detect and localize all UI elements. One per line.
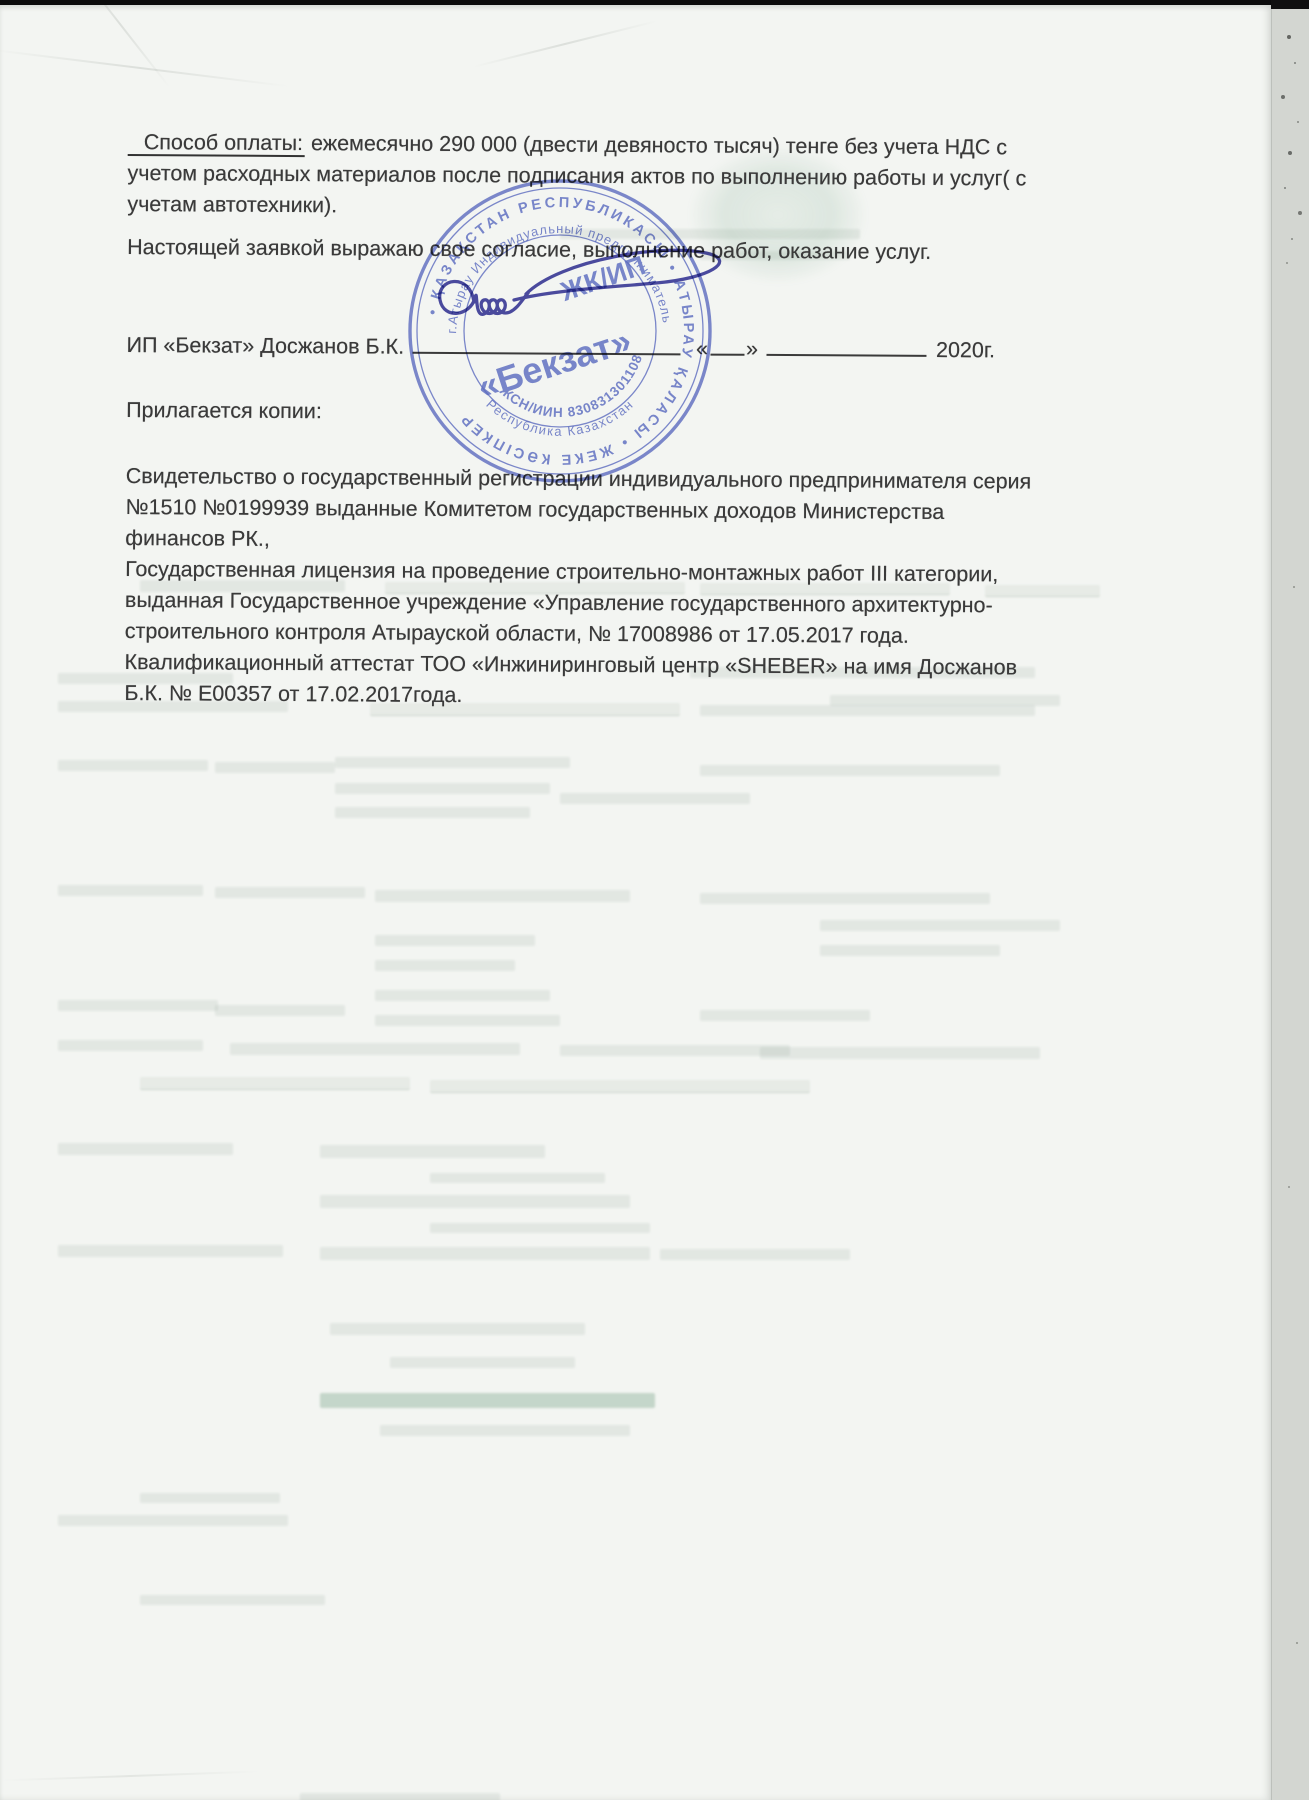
bleed-through-line <box>58 1515 288 1526</box>
bleed-through-line <box>380 1425 630 1436</box>
handwritten-signature <box>418 238 798 348</box>
bleed-through-line <box>700 1010 870 1021</box>
bleed-through-line <box>560 1045 790 1056</box>
bleed-through-line <box>430 1173 605 1183</box>
attachments-paragraph: Свидетельство о государственный регистра… <box>124 460 1200 715</box>
bleed-through-line <box>430 1223 650 1233</box>
bleed-through-line <box>58 885 203 896</box>
bleed-through-line <box>375 935 535 946</box>
bleed-through-line <box>320 1145 545 1158</box>
bleed-through-line <box>560 793 750 804</box>
bleed-through-line <box>330 1323 585 1335</box>
bleed-through-line <box>140 1493 280 1503</box>
bleed-through-line <box>215 887 365 898</box>
bleed-through-line <box>320 1195 630 1208</box>
scanned-document-page: { "document": { "payment": { "label": "С… <box>0 0 1309 1800</box>
bleed-through-line <box>335 807 530 818</box>
scanner-edge-corner <box>1271 0 1309 9</box>
bleed-through-line <box>58 1000 218 1011</box>
bleed-through-line <box>140 1077 410 1090</box>
bleed-through-line <box>375 1015 560 1026</box>
bleed-through-line <box>215 1005 345 1016</box>
bleed-through-line <box>320 1393 655 1408</box>
bleed-through-line <box>58 1143 233 1155</box>
bleed-through-line <box>660 1249 850 1260</box>
bleed-through-line <box>375 960 515 971</box>
bleed-through-line <box>700 893 990 904</box>
scanner-strip-right <box>1271 0 1309 1800</box>
bleed-through-line <box>390 1357 575 1368</box>
bleed-through-line <box>375 890 630 902</box>
bleed-through-line <box>230 1043 520 1055</box>
bleed-through-line <box>215 762 335 773</box>
signer-name: ИП «Бекзат» Досжанов Б.К. <box>126 332 404 358</box>
bleed-through-line <box>140 1595 325 1605</box>
bleed-through-line <box>58 1040 203 1051</box>
payment-label: Способ оплаты: <box>128 129 305 156</box>
bleed-through-line <box>430 1080 810 1093</box>
bleed-through-line <box>820 920 1060 931</box>
bleed-through-line <box>300 1793 500 1800</box>
bleed-through-line <box>760 1047 1040 1059</box>
bleed-through-line <box>820 945 1000 956</box>
bleed-through-line <box>58 1245 283 1257</box>
bleed-through-line <box>58 760 208 771</box>
bleed-through-line <box>335 783 550 794</box>
year-label: 2020г. <box>936 337 995 361</box>
scanner-edge-top <box>0 0 1309 5</box>
bleed-through-line <box>335 757 570 768</box>
bleed-through-line <box>700 765 1000 776</box>
bleed-through-line <box>375 990 550 1001</box>
bleed-through-line <box>320 1247 650 1260</box>
